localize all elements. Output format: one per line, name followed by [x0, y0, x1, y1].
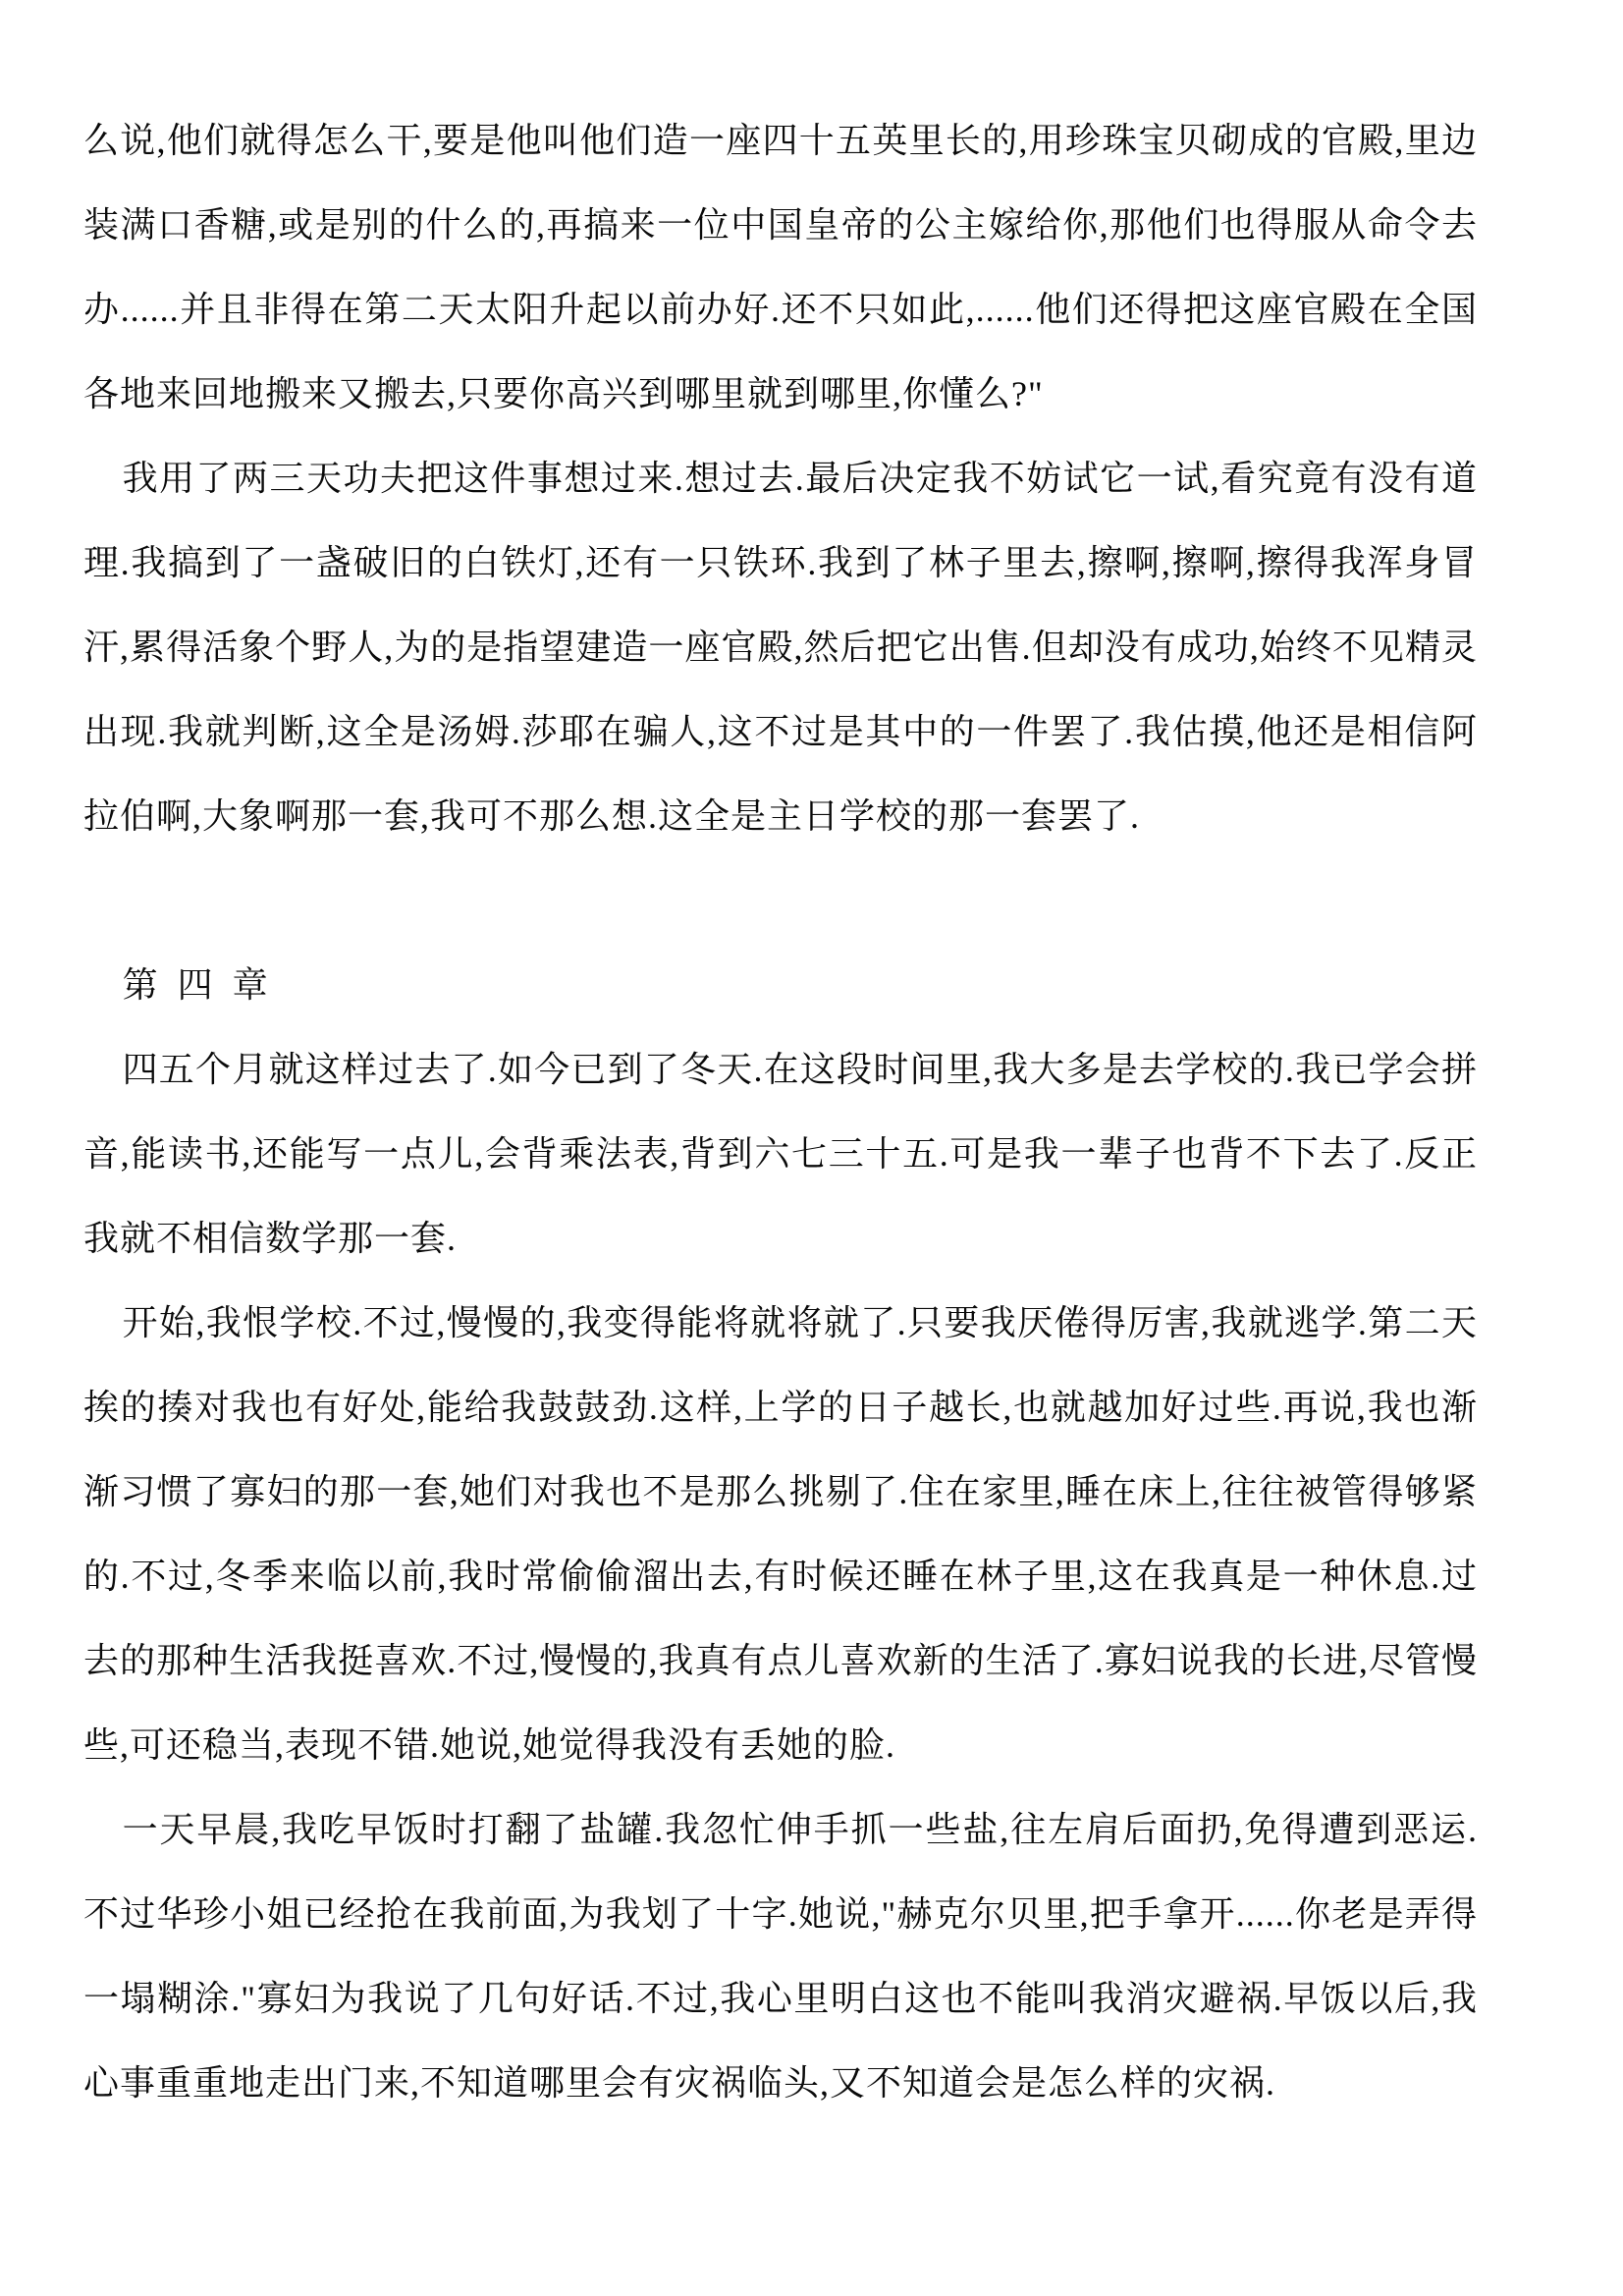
paragraph: 四五个月就这样过去了.如今已到了冬天.在这段时间里,我大多是去学校的.我已学会拼… [83, 1027, 1478, 1281]
book-page: 么说,他们就得怎么干,要是他叫他们造一座四十五英里长的,用珍珠宝贝砌成的官殿,里… [0, 0, 1623, 2296]
paragraph: 么说,他们就得怎么干,要是他叫他们造一座四十五英里长的,用珍珠宝贝砌成的官殿,里… [83, 98, 1478, 436]
paragraph: 开始,我恨学校.不过,慢慢的,我变得能将就将就了.只要我厌倦得厉害,我就逃学.第… [83, 1281, 1478, 1787]
paragraph: 我用了两三天功夫把这件事想过来.想过去.最后决定我不妨试它一试,看究竟有没有道理… [83, 436, 1478, 858]
chapter-heading: 第 四 章 [83, 943, 1478, 1027]
paragraph: 一天早晨,我吃早饭时打翻了盐罐.我忽忙伸手抓一些盐,往左肩后面扔,免得遭到恶运.… [83, 1787, 1478, 2125]
document-body: 么说,他们就得怎么干,要是他叫他们造一座四十五英里长的,用珍珠宝贝砌成的官殿,里… [83, 98, 1478, 2125]
